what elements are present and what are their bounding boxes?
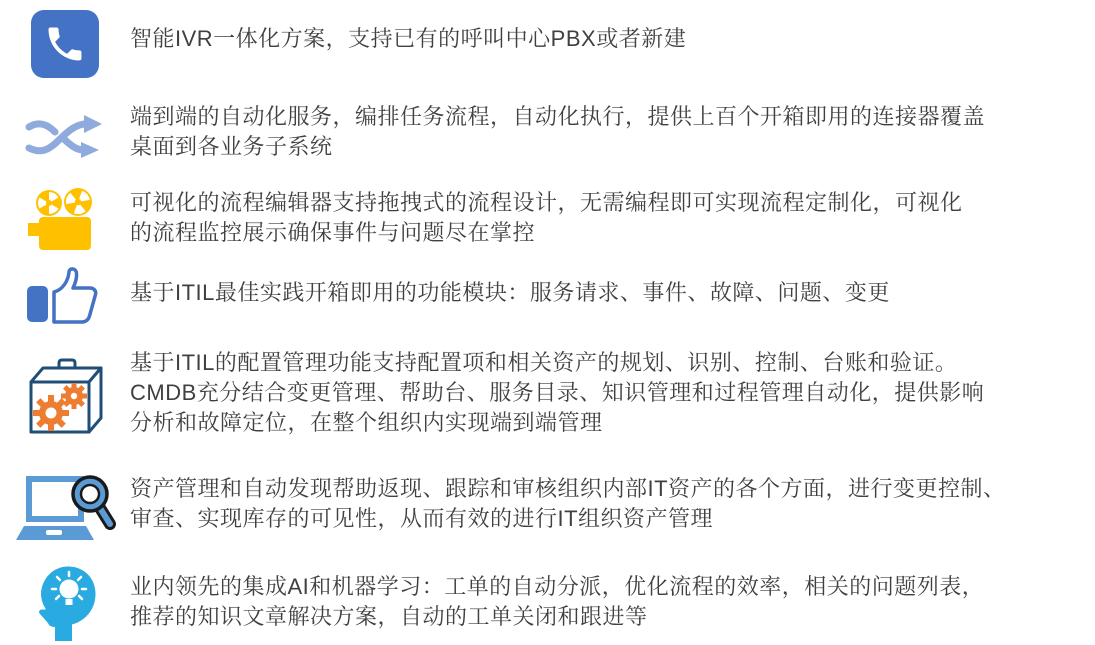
feature-text: 基于ITIL最佳实践开箱即用的功能模块：服务请求、事件、故障、问题、变更 xyxy=(130,278,1095,308)
feature-list-page: 智能IVR一体化方案，支持已有的呼叫中心PBX或者新建 端到端的自动化服务，编排… xyxy=(0,0,1095,645)
feature-row: 可视化的流程编辑器支持拖拽式的流程设计，无需编程即可实现流程定制化，可视化 的流… xyxy=(0,184,1095,252)
movie-camera-icon xyxy=(0,188,130,252)
feature-row: 基于ITIL最佳实践开箱即用的功能模块：服务请求、事件、故障、问题、变更 xyxy=(0,262,1095,332)
head-idea-icon xyxy=(0,562,130,642)
feature-row: 资产管理和自动发现帮助返现、跟踪和审核组织内部IT资产的各个方面，进行变更控制、… xyxy=(0,466,1095,546)
feature-text: 基于ITIL的配置管理功能支持配置项和相关资产的规划、识别、控制、台账和验证。 … xyxy=(130,348,1095,438)
feature-text: 资产管理和自动发现帮助返现、跟踪和审核组织内部IT资产的各个方面，进行变更控制、… xyxy=(130,474,1095,534)
feature-text: 业内领先的集成AI和机器学习：工单的自动分派，优化流程的效率，相关的问题列表， … xyxy=(130,572,1095,632)
feature-text: 可视化的流程编辑器支持拖拽式的流程设计，无需编程即可实现流程定制化，可视化 的流… xyxy=(130,188,1095,248)
feature-row: 业内领先的集成AI和机器学习：工单的自动分派，优化流程的效率，相关的问题列表， … xyxy=(0,558,1095,642)
feature-text: 智能IVR一体化方案，支持已有的呼叫中心PBX或者新建 xyxy=(130,24,1095,54)
laptop-search-icon xyxy=(0,470,130,546)
feature-row: 端到端的自动化服务，编排任务流程，自动化执行，提供上百个开箱即用的连接器覆盖 桌… xyxy=(0,100,1095,166)
feature-row: 智能IVR一体化方案，支持已有的呼叫中心PBX或者新建 xyxy=(0,8,1095,78)
shuffle-icon xyxy=(0,110,130,166)
feature-text: 端到端的自动化服务，编排任务流程，自动化执行，提供上百个开箱即用的连接器覆盖 桌… xyxy=(130,102,1095,162)
phone-icon xyxy=(0,10,130,78)
feature-row: 基于ITIL的配置管理功能支持配置项和相关资产的规划、识别、控制、台账和验证。 … xyxy=(0,344,1095,438)
toolbox-gears-icon xyxy=(0,358,130,438)
thumbs-up-icon xyxy=(0,264,130,332)
